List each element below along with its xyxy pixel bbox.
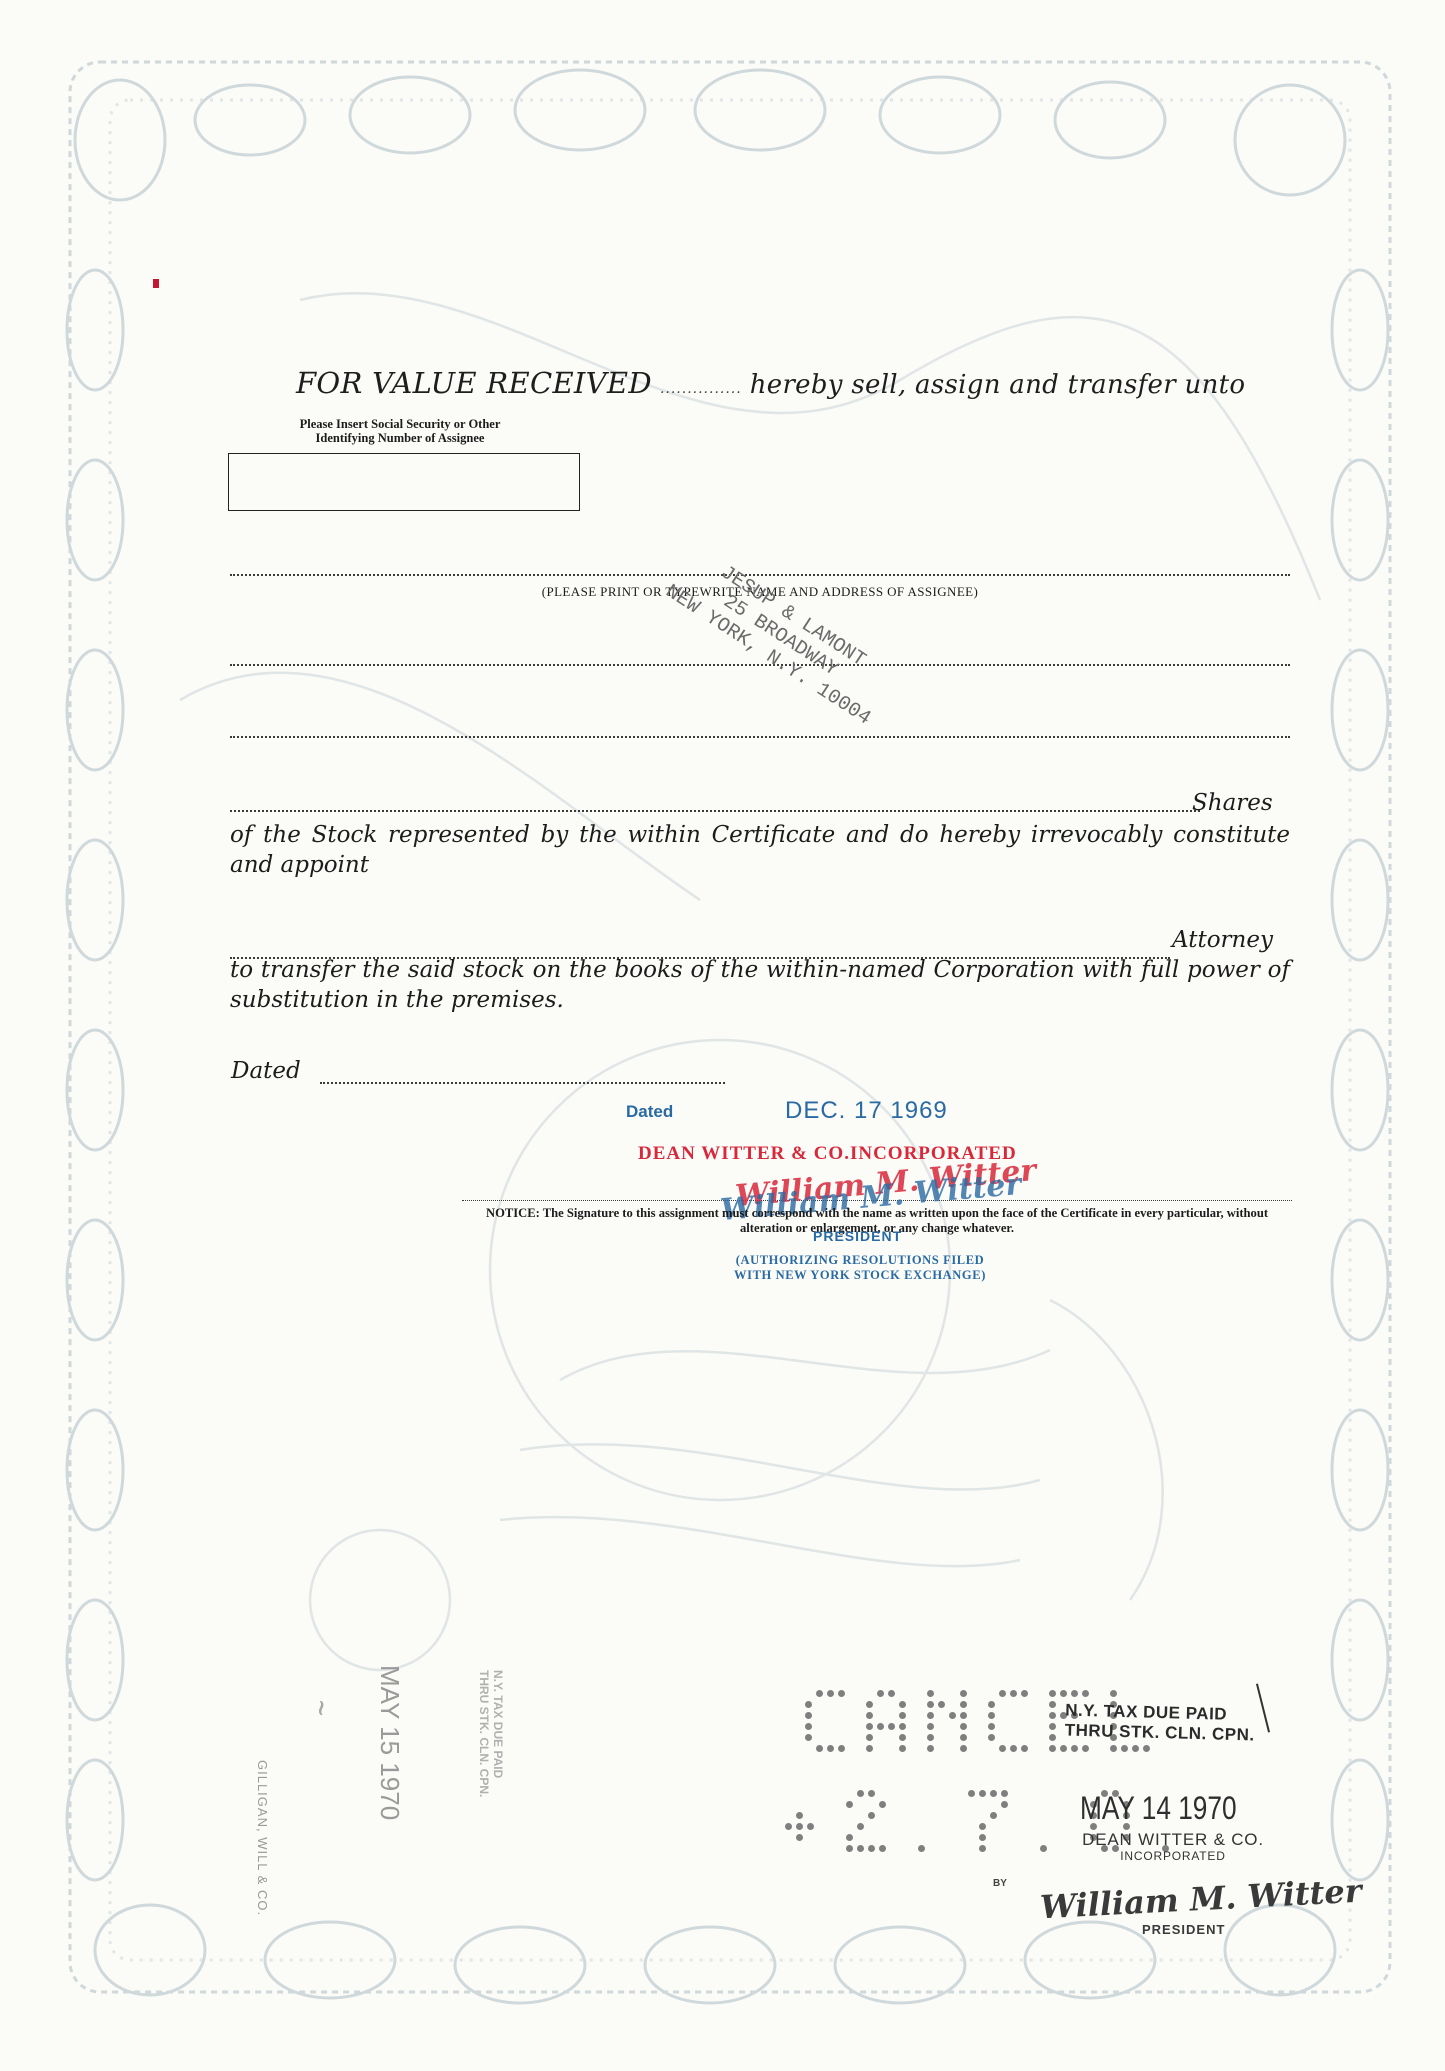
hereby-sell-text: hereby sell, assign and transfer unto (750, 370, 1246, 400)
perforation-hole (1049, 1690, 1056, 1697)
perforation-hole (796, 1812, 803, 1819)
perforation-hole (960, 1734, 967, 1741)
transfer-firm-line-1: DEAN WITTER & CO. (1048, 1832, 1298, 1848)
perforation-hole (1060, 1690, 1067, 1697)
dated-label: Dated (231, 1058, 301, 1084)
rotated-tax-line-1: N.Y. TAX DUE PAID (491, 1670, 505, 1797)
transfer-firm-stamp: DEAN WITTER & CO. INCORPORATED (1048, 1832, 1298, 1864)
perforation-hole (1021, 1745, 1028, 1752)
perforation-hole (1121, 1745, 1128, 1752)
perforation-hole (979, 1845, 986, 1852)
perforation-hole (960, 1690, 967, 1697)
guarantee-dated-label: Dated (626, 1102, 673, 1122)
perforation-hole (805, 1712, 812, 1719)
perforation-hole (827, 1745, 834, 1752)
perforation-hole (899, 1734, 906, 1741)
for-value-received-line: FOR VALUE RECEIVED...............hereby … (296, 366, 1245, 400)
for-value-received-text: FOR VALUE RECEIVED (296, 366, 652, 400)
guarantee-title: PRESIDENT (813, 1228, 902, 1244)
perforation-hole (785, 1823, 792, 1830)
ssn-label-line-1: Please Insert Social Security or Other (230, 417, 570, 431)
perforation-hole (1001, 1801, 1008, 1808)
perforation-hole (827, 1690, 834, 1697)
perforation-hole (899, 1745, 906, 1752)
perforation-hole (838, 1745, 845, 1752)
perforation-hole (796, 1834, 803, 1841)
perforation-hole (877, 1690, 884, 1697)
perforation-hole (990, 1790, 997, 1797)
perforation-hole (999, 1745, 1006, 1752)
perforation-hole (988, 1723, 995, 1730)
perforation-hole (1132, 1745, 1139, 1752)
perforation-hole (879, 1801, 886, 1808)
perforation-hole (1049, 1723, 1056, 1730)
tax-stamp-line-2: THRU STK. CLN. CPN. (1065, 1721, 1255, 1746)
perforation-hole (1060, 1745, 1067, 1752)
stamp-edge-mark (1256, 1684, 1270, 1733)
perforation-hole (1010, 1690, 1017, 1697)
perforation-hole (938, 1701, 945, 1708)
perforation-hole (927, 1745, 934, 1752)
perforation-hole (1049, 1734, 1056, 1741)
transfer-firm-line-2: INCORPORATED (1048, 1848, 1298, 1864)
perforation-hole (1010, 1745, 1017, 1752)
perforation-hole (846, 1845, 853, 1852)
shares-word: Shares (1192, 790, 1273, 816)
rotated-tax-stamp: N.Y. TAX DUE PAID THRU STK. CLN. CPN. (477, 1670, 505, 1797)
perforation-hole (999, 1690, 1006, 1697)
rotated-date-stamp: MAY 15 1970 (374, 1665, 405, 1820)
assignee-name-line[interactable] (230, 574, 1290, 576)
perforation-hole (1082, 1745, 1089, 1752)
perforation-hole (1040, 1845, 1047, 1852)
perforation-hole (857, 1845, 864, 1852)
perforation-hole (918, 1845, 925, 1852)
perforation-hole (990, 1812, 997, 1819)
by-label: BY (993, 1878, 1007, 1889)
perforation-hole (846, 1834, 853, 1841)
perforation-hole (866, 1745, 873, 1752)
perforation-hole (805, 1723, 812, 1730)
perforation-hole (805, 1734, 812, 1741)
perforation-hole (1001, 1790, 1008, 1797)
authorizing-resolutions-note: (AUTHORIZING RESOLUTIONS FILED WITH NEW … (690, 1253, 1030, 1283)
perforation-hole (927, 1701, 934, 1708)
perforation-hole (838, 1690, 845, 1697)
perforation-hole (927, 1734, 934, 1741)
perforation-hole (1071, 1690, 1078, 1697)
perforation-hole (979, 1790, 986, 1797)
perforation-hole (899, 1701, 906, 1708)
perforation-hole (1143, 1745, 1150, 1752)
attorney-paragraph: to transfer the said stock on the books … (230, 955, 1290, 1015)
perforation-hole (927, 1723, 934, 1730)
perforation-hole (988, 1734, 995, 1741)
perforation-hole (899, 1712, 906, 1719)
perforation-hole (888, 1723, 895, 1730)
perforation-hole (879, 1845, 886, 1852)
perforation-hole (807, 1823, 814, 1830)
perforation-hole (866, 1712, 873, 1719)
transfer-signer-title: PRESIDENT (1142, 1922, 1225, 1937)
perforation-hole (1110, 1745, 1117, 1752)
perforation-hole (1049, 1745, 1056, 1752)
perforation-hole (888, 1690, 895, 1697)
tax-due-paid-stamp: N.Y. TAX DUE PAID THRU STK. CLN. CPN. (1065, 1701, 1256, 1746)
shares-count-line[interactable] (230, 810, 1200, 812)
perforation-hole (927, 1712, 934, 1719)
perforation-hole (1110, 1690, 1117, 1697)
for-value-dots: ............... (660, 381, 742, 397)
perforation-hole (868, 1790, 875, 1797)
perforation-hole (1021, 1690, 1028, 1697)
red-ink-speck (153, 279, 159, 288)
assignee-address-line-2[interactable] (230, 736, 1290, 738)
perforation-hole (1049, 1701, 1056, 1708)
perforation-hole (960, 1723, 967, 1730)
ssn-input-box[interactable] (228, 453, 580, 511)
perforation-hole (988, 1701, 995, 1708)
perforation-hole (960, 1745, 967, 1752)
engraved-border-show-through (0, 0, 1445, 2071)
perforation-hole (846, 1801, 853, 1808)
perforation-hole (1071, 1745, 1078, 1752)
perforation-hole (927, 1690, 934, 1697)
note-line-1: (AUTHORIZING RESOLUTIONS FILED (690, 1253, 1030, 1268)
perforation-hole (805, 1701, 812, 1708)
perforation-hole (866, 1723, 873, 1730)
perforation-hole (816, 1690, 823, 1697)
perforation-hole (857, 1790, 864, 1797)
perforation-hole (816, 1745, 823, 1752)
perforation-hole (968, 1790, 975, 1797)
perforation-hole (877, 1723, 884, 1730)
perforation-hole (866, 1734, 873, 1741)
perforation-hole (979, 1823, 986, 1830)
ssn-label: Please Insert Social Security or Other I… (230, 417, 570, 445)
perforation-hole (868, 1845, 875, 1852)
perforation-hole (1082, 1690, 1089, 1697)
attorney-word: Attorney (1172, 927, 1273, 953)
shares-paragraph: of the Stock represented by the within C… (230, 820, 1290, 880)
transfer-date-stamp: MAY 14 1970 (1080, 1790, 1237, 1827)
dated-line[interactable] (320, 1082, 725, 1084)
ssn-label-line-2: Identifying Number of Assignee (230, 431, 570, 445)
perforation-hole (1049, 1712, 1056, 1719)
perforation-hole (796, 1823, 803, 1830)
guarantee-date: DEC. 17 1969 (785, 1097, 948, 1125)
gilligan-signature: ~ (307, 1698, 335, 1719)
perforation-hole (988, 1712, 995, 1719)
note-line-2: WITH NEW YORK STOCK EXCHANGE) (690, 1268, 1030, 1283)
perforation-hole (960, 1701, 967, 1708)
rotated-tax-line-2: THRU STK. CLN. CPN. (477, 1670, 491, 1797)
perforation-hole (960, 1712, 967, 1719)
gilligan-will-stamp: GILLIGAN, WILL & CO. (255, 1760, 270, 1916)
address-stamp-line-2: 25 BROADWAY (640, 539, 921, 733)
perforation-hole (857, 1823, 864, 1830)
perforation-hole (899, 1723, 906, 1730)
perforation-hole (979, 1834, 986, 1841)
perforation-hole (949, 1712, 956, 1719)
transfer-signature: William M. Witter (1039, 1872, 1362, 1927)
perforation-hole (868, 1812, 875, 1819)
jesup-lamont-address-stamp: JESUP & LAMONT 25 BROADWAY NEW YORK, N.Y… (627, 520, 933, 752)
perforation-hole (866, 1701, 873, 1708)
